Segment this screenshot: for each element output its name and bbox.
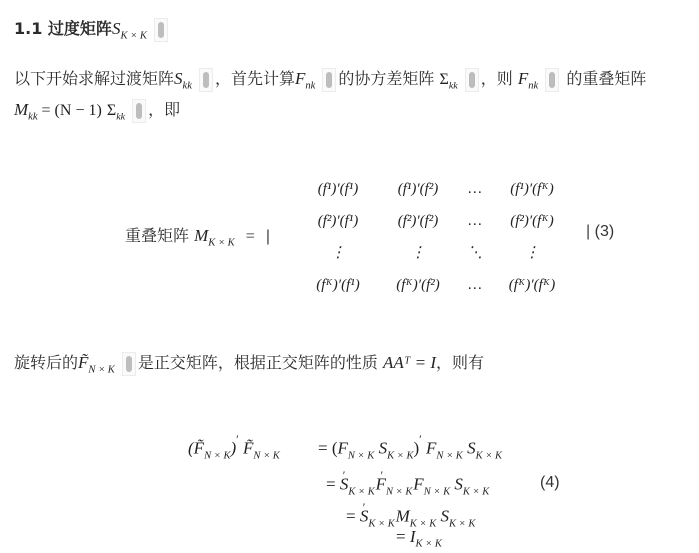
math-f-nk: Fnk xyxy=(295,69,315,88)
math-m-kxk: MK × K xyxy=(194,226,235,245)
matrix-cell: ⋮ xyxy=(492,240,572,266)
matrix-cell: … xyxy=(458,176,492,202)
equation-4-line-4: = IK × K xyxy=(396,527,442,550)
text: ，即 xyxy=(148,100,180,119)
paragraph-2: 旋转后的F̃N × K 是正交矩阵，根据正交矩阵的性质 AAᵀ = I，则有 xyxy=(14,350,484,376)
text: 的协方差矩阵 xyxy=(338,69,434,88)
section-title-text: 过度矩阵 xyxy=(48,19,112,38)
formula-placeholder-icon[interactable] xyxy=(132,99,146,123)
text: ，则 xyxy=(481,69,513,88)
section-title: 1.1 过度矩阵SK × K xyxy=(14,16,170,42)
matrix-cell: ⋱ xyxy=(458,240,492,266)
matrix-cell: ⋮ xyxy=(378,240,458,266)
paragraph-1-line-2: Mkk = (N − 1) Σkk ，即 xyxy=(14,97,180,123)
paragraph-1-line-1: 以下开始求解过渡矩阵Skk ，首先计算Fnk 的协方差矩阵 Σkk ，则 Fnk… xyxy=(14,66,646,92)
math-sigma-kk: Σkk xyxy=(440,71,458,88)
math-f-nk-2: Fnk xyxy=(518,69,538,88)
equation-4-line-3: = SK × K′ MK × K SK × K xyxy=(346,500,475,529)
formula-placeholder-icon[interactable] xyxy=(465,68,479,92)
equation-4-line-1: = (FN × K SK × K)′ FN × K SK × K xyxy=(318,432,502,461)
section-symbol: SK × K xyxy=(112,19,147,38)
text: 旋转后的 xyxy=(14,353,78,372)
matrix-bar: | xyxy=(266,228,270,245)
math-orthogonal-property: AAᵀ = I xyxy=(383,353,436,372)
text: ，首先计算 xyxy=(215,69,295,88)
section-number: 1.1 xyxy=(14,19,42,38)
matrix-cell: (f²)′(f²) xyxy=(378,208,458,234)
matrix-cell: (f¹)′(f¹) xyxy=(298,176,378,202)
equation-3-lhs: 重叠矩阵 MK × K = | xyxy=(125,223,270,249)
matrix-cell: … xyxy=(458,208,492,234)
equals-sign: = xyxy=(246,228,255,245)
section-heading: 1.1 过度矩阵SK × K xyxy=(14,16,170,42)
matrix-cell: (f²)′(fᴷ) xyxy=(492,208,572,234)
formula-placeholder-icon[interactable] xyxy=(122,352,136,376)
matrix-cell: (f¹)′(fᴷ) xyxy=(492,176,572,202)
equation-3-label: | (3) xyxy=(586,223,614,241)
formula-placeholder-icon[interactable] xyxy=(154,18,168,42)
formula-placeholder-icon[interactable] xyxy=(545,68,559,92)
math-equation: = (N − 1) xyxy=(38,102,102,119)
text: 重叠矩阵 xyxy=(125,226,189,245)
equation-4-label: (4) xyxy=(540,474,560,492)
matrix-cell: (fᴷ)′(f²) xyxy=(378,272,458,298)
matrix-cell: ⋮ xyxy=(298,240,378,266)
formula-placeholder-icon[interactable] xyxy=(199,68,213,92)
math-s-kk: Skk xyxy=(174,69,192,88)
matrix-cell: (f²)′(f¹) xyxy=(298,208,378,234)
equation-number: (3) xyxy=(595,223,615,240)
text: 的重叠矩阵 xyxy=(566,69,646,88)
matrix-cell: (fᴷ)′(fᴷ) xyxy=(492,272,572,298)
matrix-cell: (f¹)′(f²) xyxy=(378,176,458,202)
text: ，则有 xyxy=(436,353,484,372)
matrix-cell: … xyxy=(458,272,492,298)
text: 以下开始求解过渡矩阵 xyxy=(14,69,174,88)
matrix-cell: (fᴷ)′(f¹) xyxy=(298,272,378,298)
matrix-bar: | xyxy=(586,223,590,240)
equation-4-line-2: = SK × K′ FN × K′ FN × K SK × K xyxy=(326,468,489,497)
formula-placeholder-icon[interactable] xyxy=(322,68,336,92)
math-sigma-kk: Σkk xyxy=(107,102,125,119)
math-f-tilde: F̃N × K xyxy=(78,353,115,372)
text: 是正交矩阵，根据正交矩阵的性质 xyxy=(138,353,378,372)
math-m-kk: Mkk xyxy=(14,100,38,119)
equation-4-lhs: (F̃N × K)′ F̃N × K xyxy=(188,432,280,461)
overlap-matrix: (f¹)′(f¹) (f¹)′(f²) … (f¹)′(fᴷ) (f²)′(f¹… xyxy=(298,176,572,298)
